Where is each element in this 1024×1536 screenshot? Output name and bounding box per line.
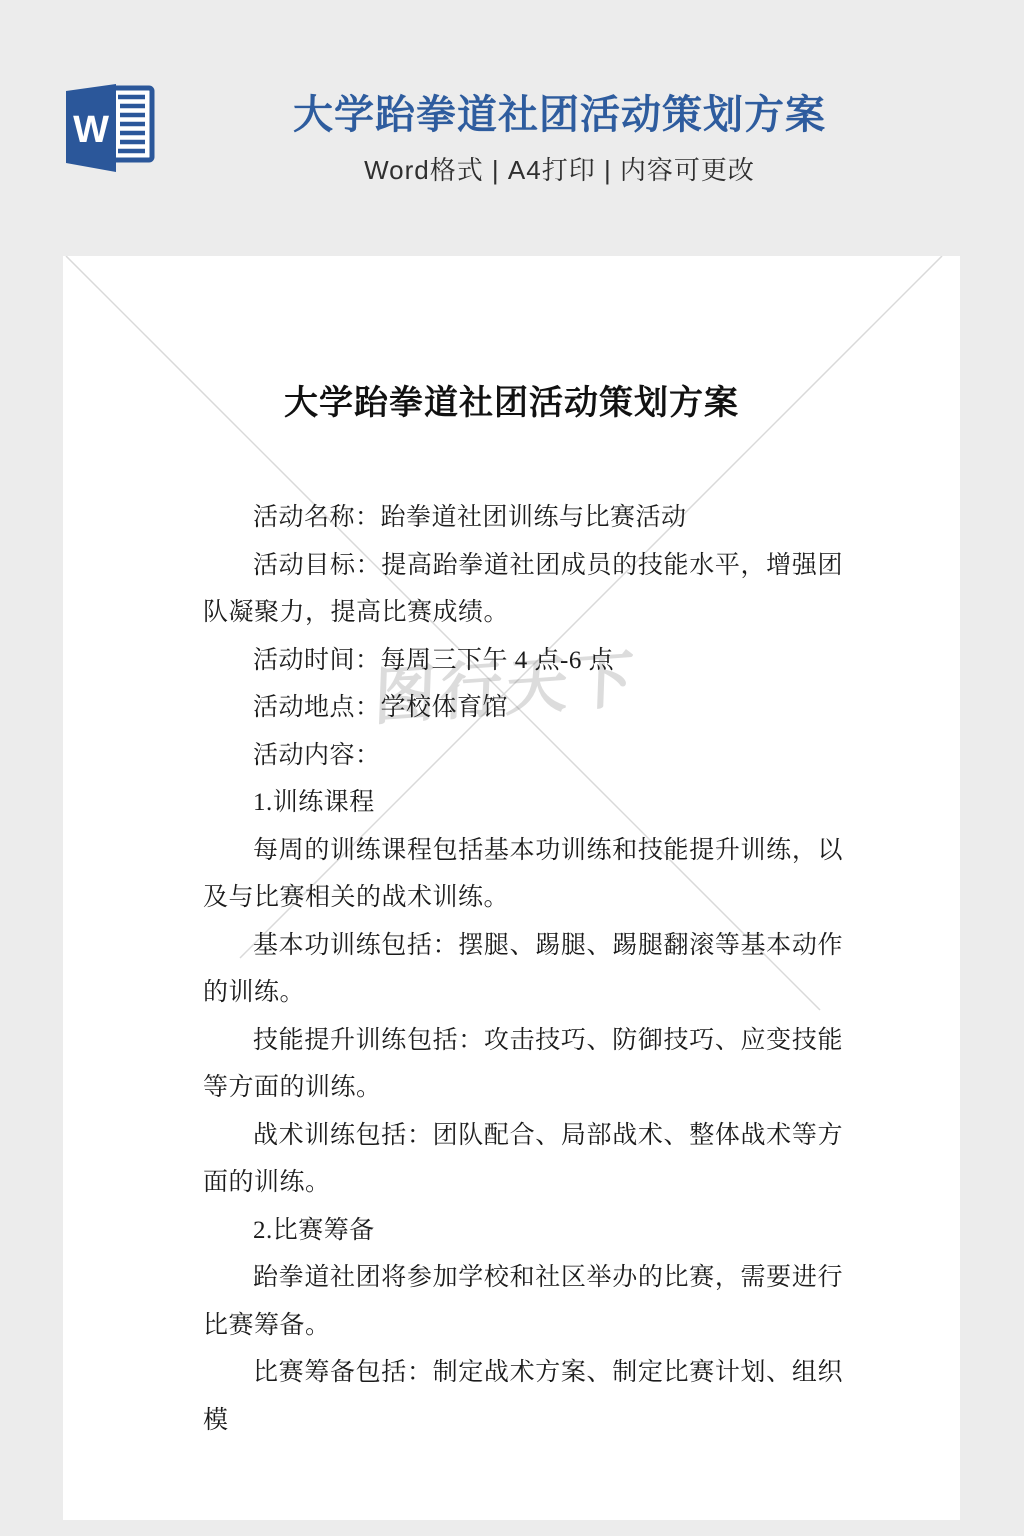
paragraph: 战术训练包括：团队配合、局部战术、整体战术等方面的训练。 <box>203 1112 843 1207</box>
paragraph: 活动时间：每周三下午 4 点-6 点 <box>203 637 843 685</box>
word-icon-graphic: W <box>60 82 156 174</box>
paragraph: 2.比赛筹备 <box>203 1207 843 1255</box>
document-title: 大学跆拳道社团活动策划方案 <box>63 380 960 428</box>
word-file-icon: W <box>60 82 156 174</box>
word-icon-letter: W <box>73 109 109 151</box>
header-subtitle: Word格式 | A4打印 | 内容可更改 <box>155 156 964 184</box>
paragraph: 每周的训练课程包括基本功训练和技能提升训练，以及与比赛相关的战术训练。 <box>203 827 843 922</box>
document-body: 活动名称：跆拳道社团训练与比赛活动活动目标：提高跆拳道社团成员的技能水平，增强团… <box>63 494 960 1444</box>
header-title: 大学跆拳道社团活动策划方案 <box>155 90 964 140</box>
paragraph: 1.训练课程 <box>203 779 843 827</box>
page-background: W 大学跆拳道社团活动策划方案 Word格式 | A4打印 | 内容可更改 图行… <box>0 0 1024 1536</box>
paragraph: 技能提升训练包括：攻击技巧、防御技巧、应变技能等方面的训练。 <box>203 1017 843 1112</box>
paragraph: 活动内容： <box>203 732 843 780</box>
document-page: 图行天下 大学跆拳道社团活动策划方案 活动名称：跆拳道社团训练与比赛活动活动目标… <box>63 256 960 1520</box>
header-text-block: 大学跆拳道社团活动策划方案 Word格式 | A4打印 | 内容可更改 <box>155 90 964 184</box>
paragraph: 比赛筹备包括：制定战术方案、制定比赛计划、组织模 <box>203 1349 843 1444</box>
paragraph: 基本功训练包括：摆腿、踢腿、踢腿翻滚等基本动作的训练。 <box>203 922 843 1017</box>
paragraph: 活动名称：跆拳道社团训练与比赛活动 <box>203 494 843 542</box>
header: W 大学跆拳道社团活动策划方案 Word格式 | A4打印 | 内容可更改 <box>0 0 1024 256</box>
paragraph: 活动地点：学校体育馆 <box>203 684 843 732</box>
paragraph: 跆拳道社团将参加学校和社区举办的比赛，需要进行比赛筹备。 <box>203 1254 843 1349</box>
paragraph: 活动目标：提高跆拳道社团成员的技能水平，增强团队凝聚力，提高比赛成绩。 <box>203 542 843 637</box>
